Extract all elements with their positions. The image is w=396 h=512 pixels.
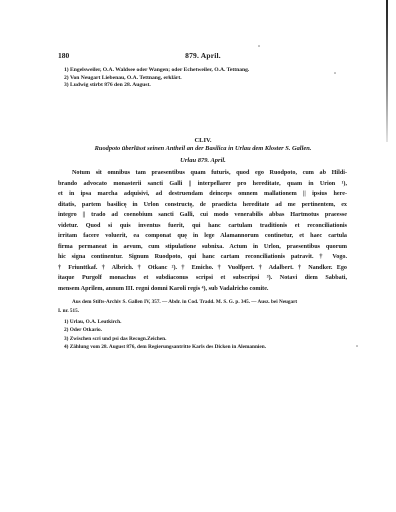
footnote: 3) Ludwig stirbt 876 den 28. August. bbox=[64, 82, 249, 90]
footnote: 2) Oder Otkario. bbox=[64, 326, 266, 334]
footnote: 3) Zwischen scri und psi das Recogn.Zeic… bbox=[64, 335, 266, 343]
body-line: videtur. Quod si quis inventus fuerit, q… bbox=[58, 221, 347, 232]
body-line: mensem Aprilem, annum III. regni domni K… bbox=[58, 284, 347, 295]
scan-edge-line bbox=[386, 0, 388, 142]
body-line: hic signa continentur. Signum Ruodpoto, … bbox=[58, 252, 347, 263]
footnote: 1) Engelsweiler, O.A. Waldsee oder Wange… bbox=[64, 67, 249, 75]
body-line: firma permaneat in aevum, cum stipulatio… bbox=[58, 242, 347, 253]
charter-place-date: Urlau 879. April. bbox=[58, 157, 348, 164]
scan-speck bbox=[334, 72, 336, 74]
footnotes-top: 1) Engelsweiler, O.A. Waldsee oder Wange… bbox=[64, 67, 249, 90]
body-line: integro || trado ad coenobium sancti Gal… bbox=[58, 210, 347, 221]
footnote: 1) Urlau, O.A. Leutkirch. bbox=[64, 318, 266, 326]
source-note: Aus dem Stifts-Archiv S. Gallen IV, 357.… bbox=[58, 298, 347, 316]
body-line: Notum sit omnibus tam praesentibus quam … bbox=[58, 168, 347, 179]
footnotes-bottom: 1) Urlau, O.A. Leutkirch. 2) Oder Otkari… bbox=[64, 318, 266, 352]
page-header: 180 879. April. bbox=[58, 51, 348, 63]
source-line: Aus dem Stifts-Archiv S. Gallen IV, 357.… bbox=[58, 298, 347, 307]
body-line: itaque Purgolf monachus et subdiaconus s… bbox=[58, 273, 347, 284]
footnote: 4) Zählung vom 28. August 876, dem Regie… bbox=[64, 343, 266, 351]
charter-number: CLIV. bbox=[58, 137, 348, 144]
charter-regest: Ruodpoto überlässt seinen Antheil an der… bbox=[58, 145, 348, 152]
body-line: irritam facere voluerit, ea componat quę… bbox=[58, 231, 347, 242]
body-line: brando advocato monasterii sancti Galli … bbox=[58, 179, 347, 190]
source-line: I. nr. 515. bbox=[58, 307, 347, 316]
scan-speck bbox=[356, 345, 358, 347]
body-line: † Friunttkaf. † Albrich. † Otkanc ²). † … bbox=[58, 263, 347, 274]
scan-speck bbox=[258, 45, 260, 47]
body-line: et in ipsa marcha adquisivi, ad destruen… bbox=[58, 189, 347, 200]
running-title: 879. April. bbox=[58, 51, 348, 60]
body-line: ditatis, partem basilicę in Urlon constr… bbox=[58, 200, 347, 211]
charter-body: Notum sit omnibus tam praesentibus quam … bbox=[58, 168, 347, 294]
